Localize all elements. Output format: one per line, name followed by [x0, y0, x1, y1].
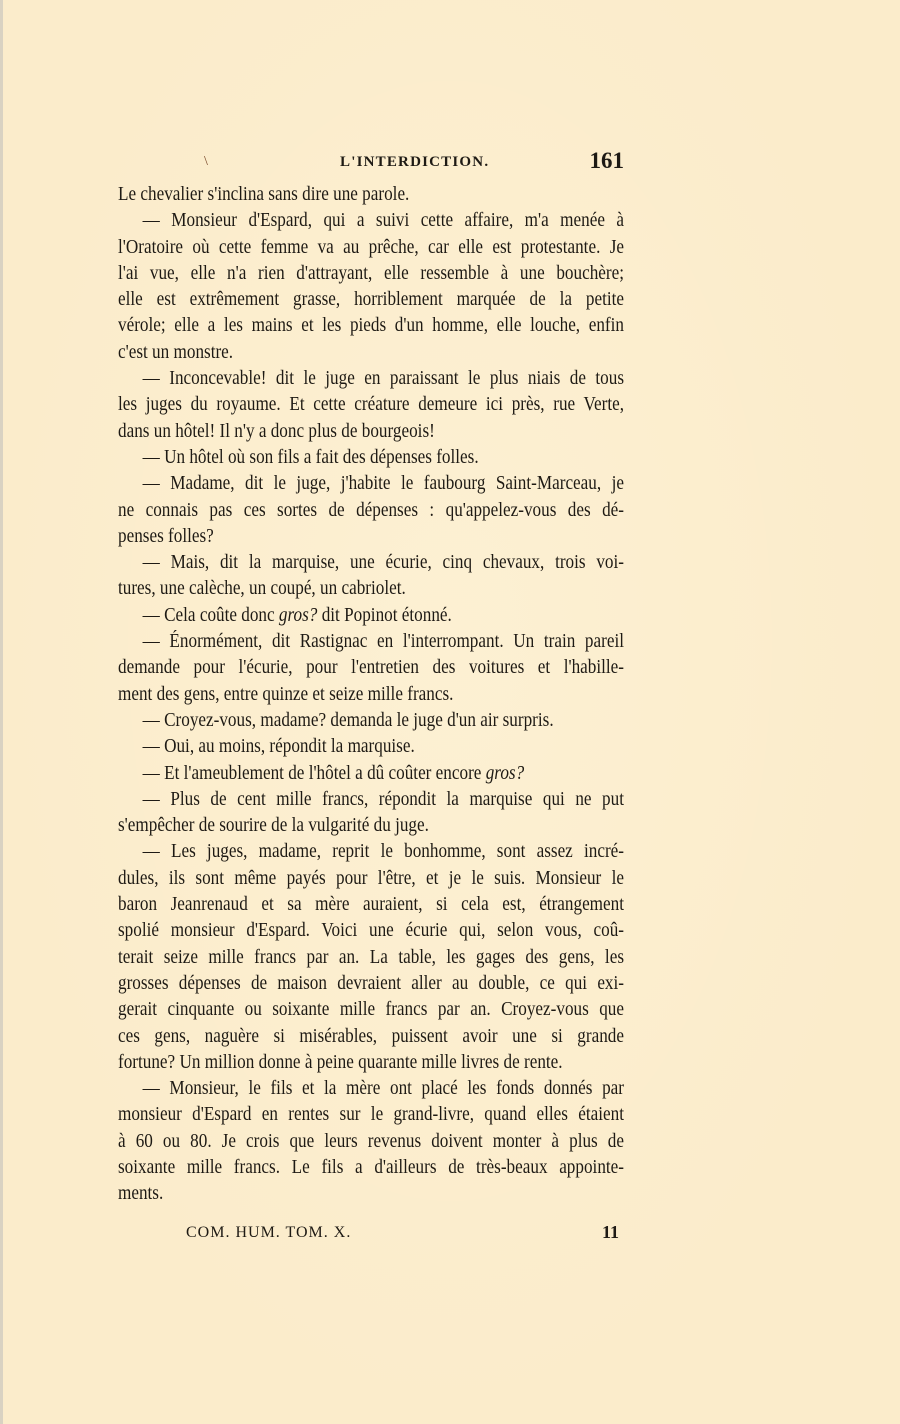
text-line: dans un hôtel! Il n'y a donc plus de bou…: [118, 419, 624, 445]
text-line-content: dules, ils sont même payés pour l'être, …: [118, 868, 624, 889]
italic-emphasis: gros?: [279, 605, 317, 626]
text-line: fortune? Un million donne à peine quaran…: [118, 1050, 624, 1076]
text-line-content: — Monsieur, le fils et la mère ont placé…: [143, 1078, 624, 1099]
text-line: — Mais, dit la marquise, une écurie, cin…: [118, 550, 624, 576]
text-line: ces gens, naguère si misérables, puissen…: [118, 1024, 624, 1050]
body-text: Le chevalier s'inclina sans dire une par…: [118, 182, 624, 1208]
text-line: monsieur d'Espard en rentes sur le grand…: [118, 1102, 624, 1128]
text-line-content: l'ai vue, elle n'a rien d'attrayant, ell…: [118, 263, 624, 284]
text-line: baron Jeanrenaud et sa mère auraient, si…: [118, 892, 624, 918]
text-line: l'Oratoire où cette femme va au prêche, …: [118, 235, 624, 261]
text-line-content: elle est extrêmement grasse, horriblemen…: [118, 289, 624, 310]
text-line: demande pour l'écurie, pour l'entretien …: [118, 655, 624, 681]
text-line-content: — Monsieur d'Espard, qui a suivi cette a…: [143, 210, 624, 231]
text-line: soixante mille francs. Le fils a d'aille…: [118, 1155, 624, 1181]
text-line-content: — Inconcevable! dit le juge en paraissan…: [143, 368, 624, 389]
text-line-content: terait seize mille francs par an. La tab…: [118, 947, 624, 968]
text-line: dules, ils sont même payés pour l'être, …: [118, 866, 624, 892]
text-line: — Un hôtel où son fils a fait des dépens…: [118, 445, 624, 471]
text-line-content: — Et l'ameublement de l'hôtel a dû coûte…: [143, 763, 486, 784]
text-line-content: Le chevalier s'inclina sans dire une par…: [118, 184, 409, 205]
running-title: L'INTERDICTION.: [340, 154, 489, 171]
text-line-content: demande pour l'écurie, pour l'entretien …: [118, 657, 624, 678]
page-footer: COM. HUM. TOM. X. 11: [118, 1220, 624, 1248]
text-line-content: — Oui, au moins, répondit la marquise.: [143, 736, 415, 757]
text-line-content: baron Jeanrenaud et sa mère auraient, si…: [118, 894, 624, 915]
text-line-content: — Croyez-vous, madame? demanda le juge d…: [143, 710, 554, 731]
text-line: — Et l'ameublement de l'hôtel a dû coûte…: [118, 761, 624, 787]
signature-number: 11: [602, 1222, 619, 1243]
text-line: — Énormément, dit Rastignac en l'interro…: [118, 629, 624, 655]
running-head: \ L'INTERDICTION. 161: [118, 148, 624, 178]
text-line: c'est un monstre.: [118, 340, 624, 366]
text-line-content: s'empêcher de sourire de la vulgarité du…: [118, 815, 429, 836]
text-line-content: l'Oratoire où cette femme va au prêche, …: [118, 237, 624, 258]
text-line: — Inconcevable! dit le juge en paraissan…: [118, 366, 624, 392]
text-line: terait seize mille francs par an. La tab…: [118, 945, 624, 971]
text-line-content: spolié monsieur d'Espard. Voici une écur…: [118, 920, 624, 941]
text-line: ments.: [118, 1181, 624, 1207]
text-line-content: les juges du royaume. Et cette créature …: [118, 394, 624, 415]
text-line: l'ai vue, elle n'a rien d'attrayant, ell…: [118, 261, 624, 287]
text-line: — Oui, au moins, répondit la marquise.: [118, 734, 624, 760]
text-line-content: ne connais pas ces sortes de dépenses : …: [118, 500, 624, 521]
page-number: 161: [590, 148, 625, 174]
text-line-content: monsieur d'Espard en rentes sur le grand…: [118, 1104, 624, 1125]
text-line: les juges du royaume. Et cette créature …: [118, 392, 624, 418]
text-line: ne connais pas ces sortes de dépenses : …: [118, 498, 624, 524]
text-line-content: — Un hôtel où son fils a fait des dépens…: [143, 447, 479, 468]
text-line-content: grosses dépenses de maison devraient all…: [118, 973, 624, 994]
text-line-content: tures, une calèche, un coupé, un cabriol…: [118, 578, 406, 599]
text-line-tail: dit Popinot étonné.: [317, 605, 451, 626]
text-line: — Plus de cent mille francs, répondit la…: [118, 787, 624, 813]
text-line-content: à 60 ou 80. Je crois que leurs revenus d…: [118, 1131, 624, 1152]
text-line-content: — Cela coûte donc: [143, 605, 279, 626]
text-line-content: soixante mille francs. Le fils a d'aille…: [118, 1157, 624, 1178]
text-line-content: fortune? Un million donne à peine quaran…: [118, 1052, 563, 1073]
text-line: gerait cinquante ou soixante mille franc…: [118, 997, 624, 1023]
text-line: — Monsieur, le fils et la mère ont placé…: [118, 1076, 624, 1102]
text-line-content: — Plus de cent mille francs, répondit la…: [143, 789, 624, 810]
text-line: — Monsieur d'Espard, qui a suivi cette a…: [118, 208, 624, 234]
text-line: ment des gens, entre quinze et seize mil…: [118, 682, 624, 708]
ornament-mark: \: [204, 154, 208, 170]
text-line-content: ces gens, naguère si misérables, puissen…: [118, 1026, 624, 1047]
text-line: grosses dépenses de maison devraient all…: [118, 971, 624, 997]
text-line-content: — Les juges, madame, reprit le bonhomme,…: [143, 841, 624, 862]
page-edge: [0, 0, 3, 1424]
text-line: à 60 ou 80. Je crois que leurs revenus d…: [118, 1129, 624, 1155]
text-line: tures, une calèche, un coupé, un cabriol…: [118, 576, 624, 602]
text-line-content: — Énormément, dit Rastignac en l'interro…: [143, 631, 624, 652]
text-line: penses folles?: [118, 524, 624, 550]
text-line: spolié monsieur d'Espard. Voici une écur…: [118, 918, 624, 944]
text-line: — Croyez-vous, madame? demanda le juge d…: [118, 708, 624, 734]
text-line: — Madame, dit le juge, j'habite le faubo…: [118, 471, 624, 497]
text-line-content: penses folles?: [118, 526, 214, 547]
text-line: s'empêcher de sourire de la vulgarité du…: [118, 813, 624, 839]
text-line: elle est extrêmement grasse, horriblemen…: [118, 287, 624, 313]
text-line-content: — Mais, dit la marquise, une écurie, cin…: [143, 552, 624, 573]
book-page: \ L'INTERDICTION. 161 Le chevalier s'inc…: [0, 0, 900, 1424]
text-line-content: c'est un monstre.: [118, 342, 233, 363]
text-line-content: dans un hôtel! Il n'y a donc plus de bou…: [118, 421, 435, 442]
text-line: — Cela coûte donc gros? dit Popinot éton…: [118, 603, 624, 629]
text-line: — Les juges, madame, reprit le bonhomme,…: [118, 839, 624, 865]
text-line-content: — Madame, dit le juge, j'habite le faubo…: [143, 473, 624, 494]
text-line-content: vérole; elle a les mains et les pieds d'…: [118, 315, 624, 336]
text-line-content: ments.: [118, 1183, 163, 1204]
text-line: Le chevalier s'inclina sans dire une par…: [118, 182, 624, 208]
signature-mark: COM. HUM. TOM. X.: [186, 1224, 351, 1242]
text-line: vérole; elle a les mains et les pieds d'…: [118, 313, 624, 339]
text-line-content: ment des gens, entre quinze et seize mil…: [118, 684, 453, 705]
italic-emphasis: gros?: [486, 763, 524, 784]
text-line-content: gerait cinquante ou soixante mille franc…: [118, 999, 624, 1020]
